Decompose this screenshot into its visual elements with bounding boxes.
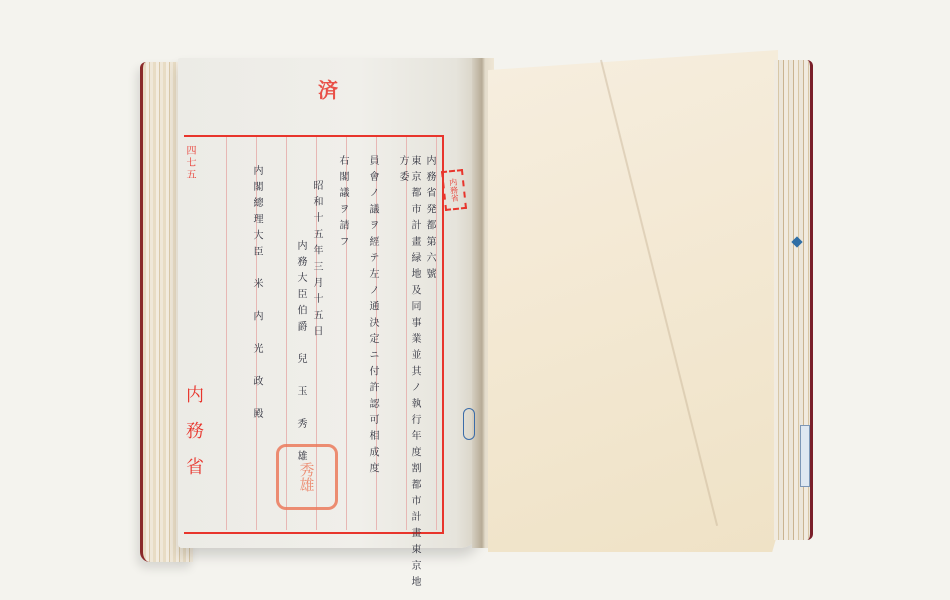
archive-stamp-icon <box>463 408 475 440</box>
body-line-3: 右閣議ヲ請フ <box>336 155 348 252</box>
approval-seal-top: 済 <box>318 74 338 103</box>
column-rule <box>436 137 437 530</box>
margin-ministry-name: 内務省 <box>180 385 206 493</box>
right-page-blank <box>488 50 778 552</box>
addressee-line: 内閣總理大臣 米 内 光 政 殿 <box>250 165 262 424</box>
body-line-1: 東京都市計畫緑地及同事業並其ノ執行年度割都市計畫東京地方委 <box>396 155 420 600</box>
date-line: 昭和十五年三月十五日 <box>310 180 322 342</box>
personal-seal-large: 秀雄 <box>276 444 338 510</box>
body-line-2: 員會ノ議ヲ經テ左ノ通決定ニ付許認可相成度 <box>366 155 378 479</box>
column-rule <box>226 137 227 530</box>
spine-label <box>800 425 810 487</box>
ministry-seal-small: 内務省 <box>441 169 467 211</box>
margin-number: 四七五 <box>182 145 197 181</box>
sender-line: 内務大臣伯爵 兒 玉 秀 雄 <box>294 240 306 467</box>
bound-document: 済 四七五 内務省 内務省発都第六號 内務省 東京都市計畫緑地及同事業並其ノ執行… <box>0 0 950 600</box>
document-number: 内務省発都第六號 <box>423 155 435 285</box>
